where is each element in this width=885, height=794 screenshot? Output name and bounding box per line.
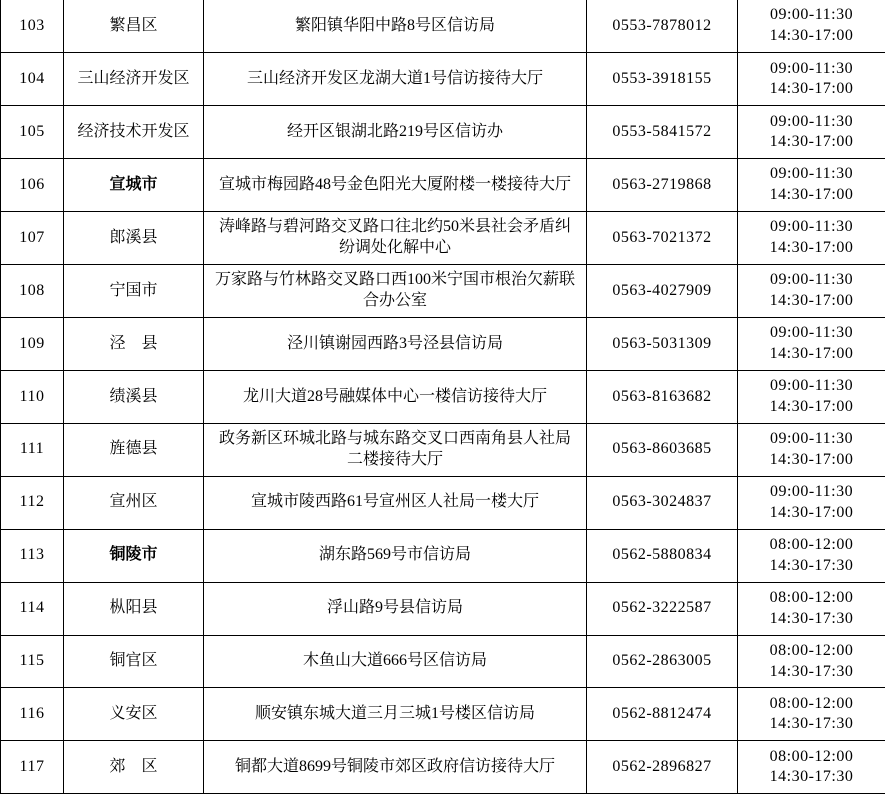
cell-office-hours: 09:00-11:30 14:30-17:00 [738, 212, 885, 265]
cell-district-name: 郎溪县 [64, 212, 204, 265]
table-row: 109 泾 县 泾川镇谢园西路3号泾县信访局 0563-5031309 09:0… [1, 318, 885, 371]
cell-district-name: 宁国市 [64, 265, 204, 318]
cell-district-name: 铜官区 [64, 635, 204, 688]
cell-office-hours: 09:00-11:30 14:30-17:00 [738, 318, 885, 371]
cell-address: 政务新区环城北路与城东路交叉口西南角县人社局 二楼接待大厅 [204, 423, 587, 476]
cell-phone-number: 0553-3918155 [587, 53, 738, 106]
table-row: 108 宁国市 万家路与竹林路交叉路口西100米宁国市根治欠薪联 合办公室 05… [1, 265, 885, 318]
cell-row-number: 115 [1, 635, 64, 688]
cell-row-number: 108 [1, 265, 64, 318]
table-row: 104 三山经济开发区 三山经济开发区龙湖大道1号信访接待大厅 0553-391… [1, 53, 885, 106]
cell-district-name: 旌德县 [64, 423, 204, 476]
cell-office-hours: 08:00-12:00 14:30-17:30 [738, 688, 885, 741]
table-row: 112 宣州区 宣城市陵西路61号宣州区人社局一楼大厅 0563-3024837… [1, 476, 885, 529]
cell-office-hours: 09:00-11:30 14:30-17:00 [738, 370, 885, 423]
table-row: 117 郊 区 铜都大道8699号铜陵市郊区政府信访接待大厅 0562-2896… [1, 741, 885, 794]
table-row: 111 旌德县 政务新区环城北路与城东路交叉口西南角县人社局 二楼接待大厅 05… [1, 423, 885, 476]
cell-address: 经开区银湖北路219号区信访办 [204, 106, 587, 159]
cell-phone-number: 0563-5031309 [587, 318, 738, 371]
cell-row-number: 105 [1, 106, 64, 159]
cell-phone-number: 0563-7021372 [587, 212, 738, 265]
cell-address: 繁阳镇华阳中路8号区信访局 [204, 0, 587, 53]
table-row: 115 铜官区 木鱼山大道666号区信访局 0562-2863005 08:00… [1, 635, 885, 688]
cell-row-number: 109 [1, 318, 64, 371]
cell-row-number: 107 [1, 212, 64, 265]
cell-office-hours: 09:00-11:30 14:30-17:00 [738, 423, 885, 476]
cell-phone-number: 0563-2719868 [587, 159, 738, 212]
cell-district-name: 铜陵市 [64, 529, 204, 582]
cell-district-name: 三山经济开发区 [64, 53, 204, 106]
cell-address: 木鱼山大道666号区信访局 [204, 635, 587, 688]
table-row: 106 宣城市 宣城市梅园路48号金色阳光大厦附楼一楼接待大厅 0563-271… [1, 159, 885, 212]
table-row: 105 经济技术开发区 经开区银湖北路219号区信访办 0553-5841572… [1, 106, 885, 159]
cell-row-number: 104 [1, 53, 64, 106]
cell-district-name: 宣城市 [64, 159, 204, 212]
cell-address: 龙川大道28号融媒体中心一楼信访接待大厅 [204, 370, 587, 423]
cell-office-hours: 09:00-11:30 14:30-17:00 [738, 476, 885, 529]
cell-row-number: 103 [1, 0, 64, 53]
cell-row-number: 106 [1, 159, 64, 212]
petition-office-table-page: 103 繁昌区 繁阳镇华阳中路8号区信访局 0553-7878012 09:00… [0, 0, 885, 794]
cell-office-hours: 09:00-11:30 14:30-17:00 [738, 265, 885, 318]
cell-district-name: 义安区 [64, 688, 204, 741]
cell-phone-number: 0562-5880834 [587, 529, 738, 582]
cell-district-name: 繁昌区 [64, 0, 204, 53]
cell-phone-number: 0563-8163682 [587, 370, 738, 423]
cell-office-hours: 09:00-11:30 14:30-17:00 [738, 53, 885, 106]
cell-row-number: 111 [1, 423, 64, 476]
cell-district-name: 宣州区 [64, 476, 204, 529]
cell-phone-number: 0553-5841572 [587, 106, 738, 159]
cell-phone-number: 0553-7878012 [587, 0, 738, 53]
table-row: 113 铜陵市 湖东路569号市信访局 0562-5880834 08:00-1… [1, 529, 885, 582]
cell-row-number: 110 [1, 370, 64, 423]
cell-district-name: 绩溪县 [64, 370, 204, 423]
cell-office-hours: 09:00-11:30 14:30-17:00 [738, 0, 885, 53]
table-row: 114 枞阳县 浮山路9号县信访局 0562-3222587 08:00-12:… [1, 582, 885, 635]
cell-row-number: 116 [1, 688, 64, 741]
cell-phone-number: 0563-8603685 [587, 423, 738, 476]
cell-office-hours: 08:00-12:00 14:30-17:30 [738, 582, 885, 635]
cell-row-number: 113 [1, 529, 64, 582]
cell-phone-number: 0562-2896827 [587, 741, 738, 794]
cell-address: 铜都大道8699号铜陵市郊区政府信访接待大厅 [204, 741, 587, 794]
cell-office-hours: 09:00-11:30 14:30-17:00 [738, 159, 885, 212]
table-row: 107 郎溪县 涛峰路与碧河路交叉路口往北约50米县社会矛盾纠 纷调处化解中心 … [1, 212, 885, 265]
cell-district-name: 枞阳县 [64, 582, 204, 635]
cell-address: 万家路与竹林路交叉路口西100米宁国市根治欠薪联 合办公室 [204, 265, 587, 318]
cell-phone-number: 0562-3222587 [587, 582, 738, 635]
cell-address: 宣城市梅园路48号金色阳光大厦附楼一楼接待大厅 [204, 159, 587, 212]
cell-address: 泾川镇谢园西路3号泾县信访局 [204, 318, 587, 371]
cell-phone-number: 0563-3024837 [587, 476, 738, 529]
cell-office-hours: 08:00-12:00 14:30-17:30 [738, 741, 885, 794]
cell-address: 浮山路9号县信访局 [204, 582, 587, 635]
cell-address: 三山经济开发区龙湖大道1号信访接待大厅 [204, 53, 587, 106]
cell-district-name: 郊 区 [64, 741, 204, 794]
table-row: 116 义安区 顺安镇东城大道三月三城1号楼区信访局 0562-8812474 … [1, 688, 885, 741]
cell-address: 涛峰路与碧河路交叉路口往北约50米县社会矛盾纠 纷调处化解中心 [204, 212, 587, 265]
table-row: 103 繁昌区 繁阳镇华阳中路8号区信访局 0553-7878012 09:00… [1, 0, 885, 53]
cell-office-hours: 08:00-12:00 14:30-17:30 [738, 635, 885, 688]
cell-office-hours: 09:00-11:30 14:30-17:00 [738, 106, 885, 159]
cell-phone-number: 0562-8812474 [587, 688, 738, 741]
cell-address: 宣城市陵西路61号宣州区人社局一楼大厅 [204, 476, 587, 529]
table-row: 110 绩溪县 龙川大道28号融媒体中心一楼信访接待大厅 0563-816368… [1, 370, 885, 423]
cell-district-name: 泾 县 [64, 318, 204, 371]
cell-phone-number: 0562-2863005 [587, 635, 738, 688]
cell-row-number: 117 [1, 741, 64, 794]
cell-office-hours: 08:00-12:00 14:30-17:30 [738, 529, 885, 582]
cell-row-number: 114 [1, 582, 64, 635]
cell-row-number: 112 [1, 476, 64, 529]
cell-district-name: 经济技术开发区 [64, 106, 204, 159]
office-table-body: 103 繁昌区 繁阳镇华阳中路8号区信访局 0553-7878012 09:00… [1, 0, 885, 794]
cell-address: 湖东路569号市信访局 [204, 529, 587, 582]
cell-phone-number: 0563-4027909 [587, 265, 738, 318]
cell-address: 顺安镇东城大道三月三城1号楼区信访局 [204, 688, 587, 741]
office-table: 103 繁昌区 繁阳镇华阳中路8号区信访局 0553-7878012 09:00… [0, 0, 885, 794]
